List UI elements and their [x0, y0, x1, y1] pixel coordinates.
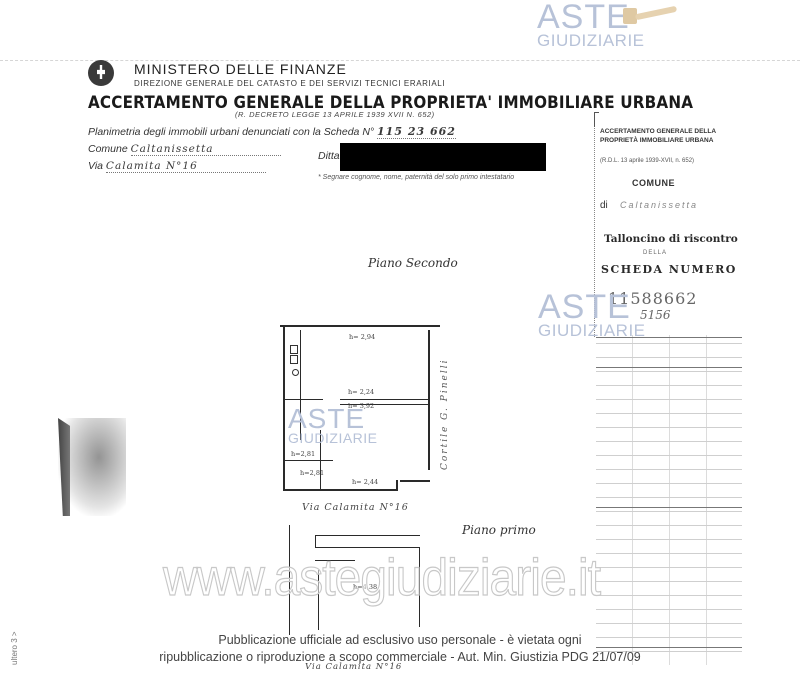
stub-comune-label: COMUNE	[632, 178, 675, 188]
room-height-label: h=2,81	[291, 450, 315, 458]
room-height-label: h= 2,94	[349, 333, 375, 341]
floor2-title: Piano Secondo	[368, 256, 458, 270]
planimetria-label: Planimetria degli immobili urbani denunc…	[88, 126, 374, 138]
floor1-title: Piano primo	[462, 523, 536, 537]
floor2-street: Via Calamita N°16	[302, 502, 409, 513]
via-label: Via	[88, 160, 103, 172]
scheda-number: 115 23 662	[377, 125, 456, 139]
via-value: Calamita N°16	[106, 160, 266, 173]
comune-value: Caltanissetta	[131, 143, 281, 156]
aste-giudiziarie-logo-mid: ASTE GIUDIZIARIE	[538, 290, 646, 339]
logo-aste-text: ASTE	[538, 290, 646, 324]
redacted-owner	[340, 143, 546, 171]
logo-aste-text: ASTE	[288, 405, 378, 433]
stub-della: DELLA	[643, 250, 667, 256]
grid-rule	[596, 367, 742, 368]
via-line: Via Calamita N°16	[88, 160, 266, 173]
stub-scheda-numero: SCHEDA NUMERO	[601, 263, 737, 276]
comune-label: Comune	[88, 143, 128, 155]
room-height-label: h=2,81	[300, 469, 324, 477]
stub-di-label: di	[600, 200, 608, 211]
cortile-label: Cortile G. Pinelli	[440, 359, 450, 470]
comune-line: Comune Caltanissetta	[88, 143, 281, 156]
stub-corner	[594, 112, 599, 127]
stub-talloncino: Talloncino di riscontro	[604, 233, 738, 245]
stub-rdl: (R.D.L. 13 aprile 1939-XVII, n. 652)	[600, 158, 694, 164]
ditta-note: * Segnare cognome, nome, paternità del s…	[318, 174, 514, 181]
direzione-subtitle: DIREZIONE GENERALE DEL CATASTO E DEI SER…	[134, 79, 445, 88]
stub-title: ACCERTAMENTO GENERALE DELLA PROPRIETÀ IM…	[600, 127, 720, 145]
decreto-reference: (R. DECRETO LEGGE 13 APRILE 1939 XVII N.…	[235, 110, 435, 119]
grid-rule	[596, 337, 742, 338]
url-watermark: www.astegiudiziarie.it	[163, 548, 600, 608]
room-height-label: h= 2,24	[348, 388, 374, 396]
aste-giudiziarie-logo-top: ASTE GIUDIZIARIE	[537, 0, 645, 49]
ditta-label: Ditta	[318, 150, 340, 162]
ruled-grid	[596, 335, 742, 665]
logo-giudiziarie-text: GIUDIZIARIE	[537, 32, 645, 49]
planimetria-line: Planimetria degli immobili urbani denunc…	[88, 125, 456, 139]
logo-giudiziarie-text: GIUDIZIARIE	[288, 431, 378, 445]
stub-di-value: Caltanissetta	[620, 200, 698, 210]
ministry-name: MINISTERO DELLE FINANZE	[134, 61, 347, 77]
scan-top-edge	[0, 60, 800, 61]
grid-rule	[596, 507, 742, 508]
disclaimer-line1: Pubblicazione ufficiale ad esclusivo uso…	[0, 632, 800, 649]
room-height-label: h= 2,44	[352, 478, 378, 486]
aste-giudiziarie-logo-plan: ASTE GIUDIZIARIE	[288, 405, 378, 445]
republic-emblem-icon	[88, 60, 114, 86]
disclaimer-line2: ripubblicazione o riproduzione a scopo c…	[0, 649, 800, 666]
